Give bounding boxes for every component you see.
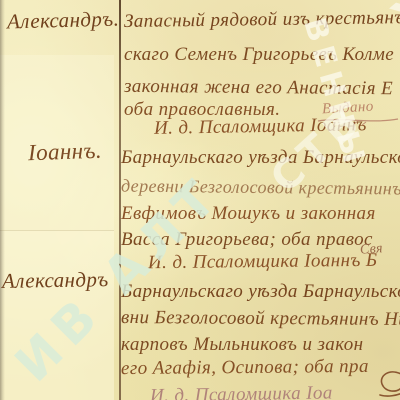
- scanned-metric-book-page: { "names_column": { "entries": [ { "labe…: [0, 0, 400, 400]
- record3-line1: И. д. Псаломщика Іоаннъ Б: [148, 250, 378, 274]
- record3-line2: Барнаульскаго уѣзда Барнаульско: [121, 281, 400, 303]
- record3-line3: вни Безголосовой крестьянинъ Ни: [121, 307, 400, 331]
- record3-line4: карповъ Мыльниковъ и закон: [121, 334, 364, 356]
- paper-light-patch: [0, 230, 114, 400]
- name-entry-2: Іоаннъ.: [28, 138, 103, 167]
- record2-line2: Барнаульскаго уѣзда Барнаульско: [121, 147, 400, 169]
- record3-line6: И. д. Псаломщика Іоа: [150, 382, 333, 400]
- name-entry-1: Александръ.: [7, 7, 120, 35]
- scan-left-edge: [0, 0, 5, 400]
- record1-line3: законная жена его Анастасія Е: [124, 76, 393, 100]
- record1-line2: скаго Семенъ Григорьевъ Колме: [124, 44, 394, 66]
- record2-line3: деревни Безголосовой крестьянинъ: [121, 176, 400, 200]
- paraph-flourish-icon: [377, 368, 400, 398]
- record3-line5: его Агафія, Осипова; оба пра: [121, 356, 369, 380]
- name-entry-3: Александръ: [2, 267, 109, 294]
- record2-line1: И. д. Псаломщика Іоаннъ: [154, 114, 367, 140]
- record2-line5: Васса Григорьева; оба правос: [121, 229, 373, 251]
- record2-line4: Евфимовъ Мошукъ и законная: [121, 203, 376, 225]
- record1-line1: Запасный рядовой изъ крестьянъ с: [124, 7, 400, 33]
